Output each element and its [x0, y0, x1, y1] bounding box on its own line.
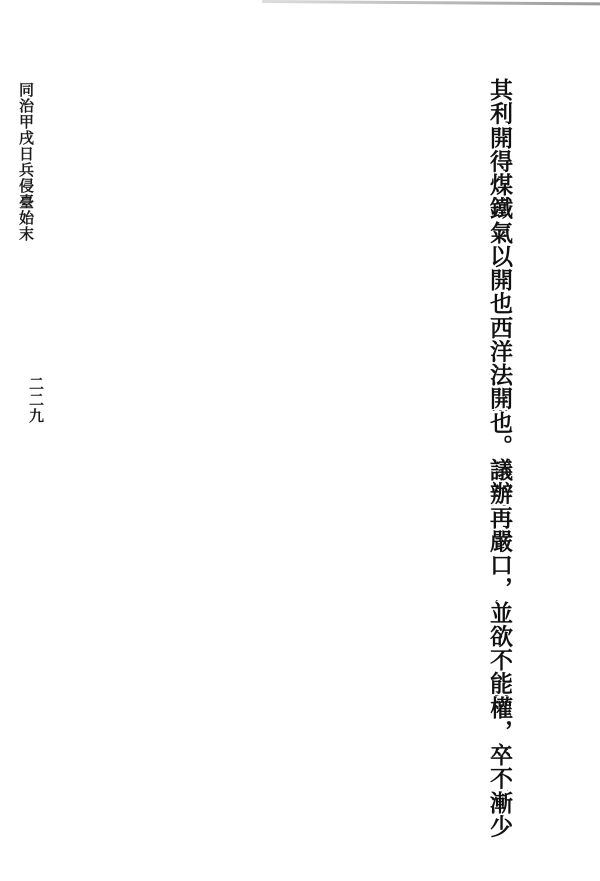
text-column-14: 權，並可加增稅項。將來計窮事迫，難保不出於此。其時英使聞之，亦頗心動。而該國 [484, 696, 514, 744]
text-column-12: 並欲禁中國自種，其用意殊極狡狠。上年修約，總理衙門與英國言之屢矣。並豫聲明旣 [484, 601, 514, 649]
text-column-13: 不能禁英商之不販洋煙，卽不能禁華民之不食洋煙，惟有暫行弛禁罌粟，不但奪洋商利 [484, 648, 514, 696]
text-column-15: 卒不見聽。臣卽再與辦理，恐亦無益。應仍循總理衙門原議，除相抵制，以冀洋藥漸來 [484, 743, 514, 791]
page-number: 二二九 [26, 376, 47, 424]
text-column-5: 開也。其無識紳民，惑於堅壞風水，無用官吏，恐其聚衆生事，尤屬不經之談。刻下東 [484, 268, 514, 316]
scan-page-edge [262, 0, 600, 5]
text-column-8: 也。至於洋藥一項，流毒中國。本年三月間，欽奉寄諭：醇親王請飭密籌杜絕，飭卽妥 [484, 411, 514, 459]
body-text: 其利厚者次第開挖，一切仿西法行之。或由籌借資本，或勸遠近富商，湊股合立公司， 開… [484, 78, 514, 838]
text-column-16: 漸少，再加厲禁爲宜。查雲、貴、川、陝、山西各省，多種罌粟，疆臣臺諫，每以申明 [484, 791, 514, 839]
text-column-11: 口，每年約七萬數千箱，售銀三千餘萬之多。英國明知害人之物，而不欲禁洋商販運， [484, 553, 514, 601]
text-column-3: 煤鐵，飭津滬機器局委員購洋器、雇洋匠，以資倡導，固爲鑄造軍器要需，亦欲漸開風 [484, 173, 514, 221]
text-column-2: 開得若干，酌提一、二分歸官。其收效當在十年以後。臣近於直之南境磁州山中，議開 [484, 126, 514, 174]
text-column-9: 議辦法等因。臣查閱醇親王摺內，有不必倉猝施行，要在矢志弗懈，俟外洋鴉片不來， [484, 458, 514, 506]
text-column-6: 西洋無不開礦之國，何以獨無此病？且皆以此致富强耶？若南省濱江近海等處，皆能設 [484, 316, 514, 364]
running-head: 同治甲戌日兵侵臺始末 [17, 82, 35, 242]
text-column-10: 再嚴中國罌粟之禁等語，實洞達大體。適因臺灣事起，未便置議。玆查洋藥自印度發進 [484, 506, 514, 554]
text-column-4: 氣以利民用也。近世學者，鑒於明季之失，以開礦爲弊政。不知弊在用人，非礦之不可 [484, 221, 514, 269]
text-column-7: 法開辦船械製造所，用煤鐵無庸向外洋購運，推其餘利，並可養船練兵，此軍國之大利 [484, 363, 514, 411]
text-column-1: 其利厚者次第開挖，一切仿西法行之。或由籌借資本，或勸遠近富商，湊股合立公司， [484, 78, 514, 126]
